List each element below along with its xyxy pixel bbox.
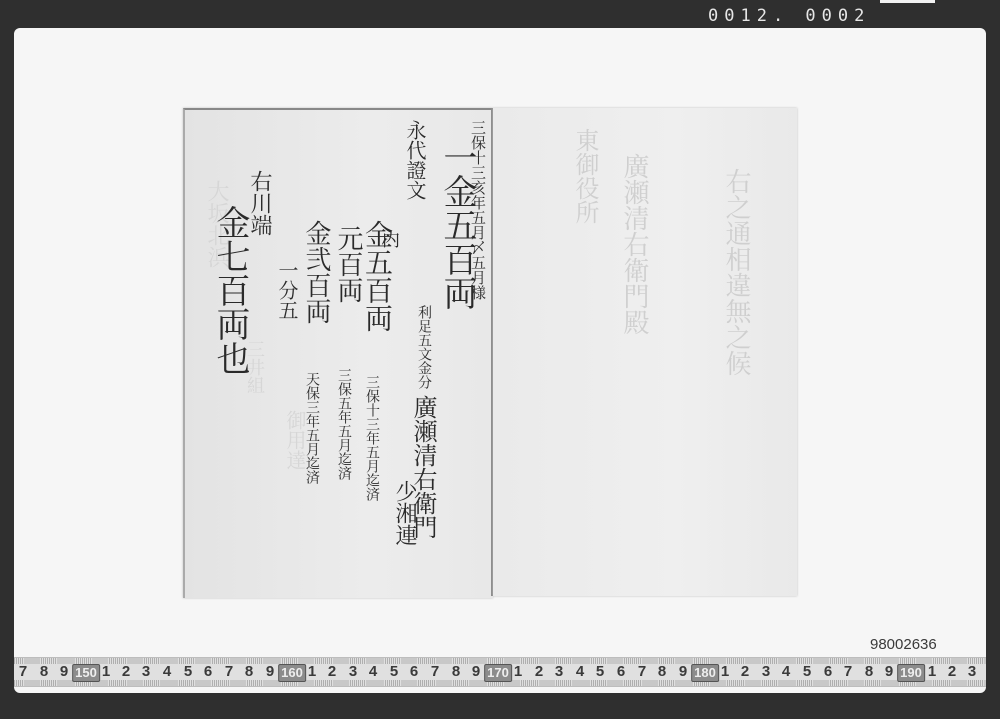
handwritten-column: 利足五文金分	[417, 305, 431, 389]
ruler-label: 8	[865, 664, 873, 680]
measurement-ruler: 7891501234567891601234567891701234567891…	[14, 657, 986, 687]
ruler-major-label: 190	[897, 664, 925, 682]
ruler-label: 8	[40, 664, 48, 680]
ruler-label: 4	[782, 664, 790, 680]
handwritten-column: 東御役所	[573, 128, 597, 224]
handwritten-column: 少湘連	[393, 480, 415, 546]
ruler-label: 1	[721, 664, 729, 680]
film-tab	[880, 0, 935, 3]
ruler-label: 1	[514, 664, 522, 680]
ruler-label: 4	[163, 664, 171, 680]
ruler-major-label: 150	[72, 664, 100, 682]
ruler-label: 5	[596, 664, 604, 680]
handwritten-column: 一金五百両	[440, 140, 474, 310]
handwritten-column: 三保五年五月迄済	[337, 368, 351, 480]
ruler-label: 2	[328, 664, 336, 680]
right-page: 右之通相違無之候廣瀬清右衛門殿東御役所	[493, 108, 797, 596]
ruler-label: 5	[390, 664, 398, 680]
ruler-label: 6	[410, 664, 418, 680]
ruler-label: 4	[576, 664, 584, 680]
document-spread: 大坂北浜三井組御用達三保十三亥年五月〆五月様一金五百両利足五文金分廣瀬清右衛門少…	[183, 108, 798, 598]
handwritten-column: 金弐百両	[303, 220, 329, 324]
handwritten-column: 一分五	[277, 260, 297, 320]
left-page: 大坂北浜三井組御用達三保十三亥年五月〆五月様一金五百両利足五文金分廣瀬清右衛門少…	[183, 108, 493, 598]
handwritten-column: 右川端	[248, 170, 270, 236]
ruler-label: 6	[617, 664, 625, 680]
ruler-label: 2	[122, 664, 130, 680]
handwritten-column: 三保十三年五月迄済	[365, 375, 379, 501]
handwritten-column: 廣瀬清右衛門殿	[621, 153, 647, 335]
ruler-label: 3	[762, 664, 770, 680]
ruler-label: 6	[204, 664, 212, 680]
ruler-label: 7	[844, 664, 852, 680]
ruler-label: 5	[803, 664, 811, 680]
ruler-label: 9	[885, 664, 893, 680]
ruler-label: 2	[535, 664, 543, 680]
ruler-major-label: 160	[278, 664, 306, 682]
ruler-label: 9	[472, 664, 480, 680]
ruler-label: 7	[225, 664, 233, 680]
ruler-label: 8	[452, 664, 460, 680]
ruler-label: 3	[968, 664, 976, 680]
ruler-label: 3	[555, 664, 563, 680]
handwritten-column: 金七百両也	[213, 205, 247, 375]
ruler-label: 5	[184, 664, 192, 680]
ruler-major-label: 170	[484, 664, 512, 682]
ruler-label: 4	[369, 664, 377, 680]
scan-id-label: 98002636	[870, 636, 937, 653]
ruler-label: 9	[266, 664, 274, 680]
ruler-label: 7	[19, 664, 27, 680]
ruler-major-label: 180	[691, 664, 719, 682]
ruler-label: 7	[431, 664, 439, 680]
ruler-label: 9	[679, 664, 687, 680]
handwritten-column: 天保三年五月迄済	[305, 372, 319, 484]
ruler-label: 2	[741, 664, 749, 680]
ruler-label: 8	[245, 664, 253, 680]
ruler-label: 2	[948, 664, 956, 680]
handwritten-column: 永代證文	[405, 120, 425, 200]
ruler-label: 3	[142, 664, 150, 680]
handwritten-column: 元百両	[335, 225, 361, 303]
handwritten-column: 金五百両	[363, 220, 391, 332]
ruler-label: 1	[308, 664, 316, 680]
ruler-label: 3	[349, 664, 357, 680]
ruler-label: 8	[658, 664, 666, 680]
ruler-label: 6	[824, 664, 832, 680]
handwritten-column: 右之通相違無之候	[723, 168, 749, 376]
ruler-label: 1	[928, 664, 936, 680]
ruler-label: 7	[638, 664, 646, 680]
ruler-label: 1	[102, 664, 110, 680]
microfilm-frame-counter: 0012. 0002	[708, 6, 870, 26]
handwritten-column: 御用達	[285, 410, 305, 470]
ruler-label: 9	[60, 664, 68, 680]
